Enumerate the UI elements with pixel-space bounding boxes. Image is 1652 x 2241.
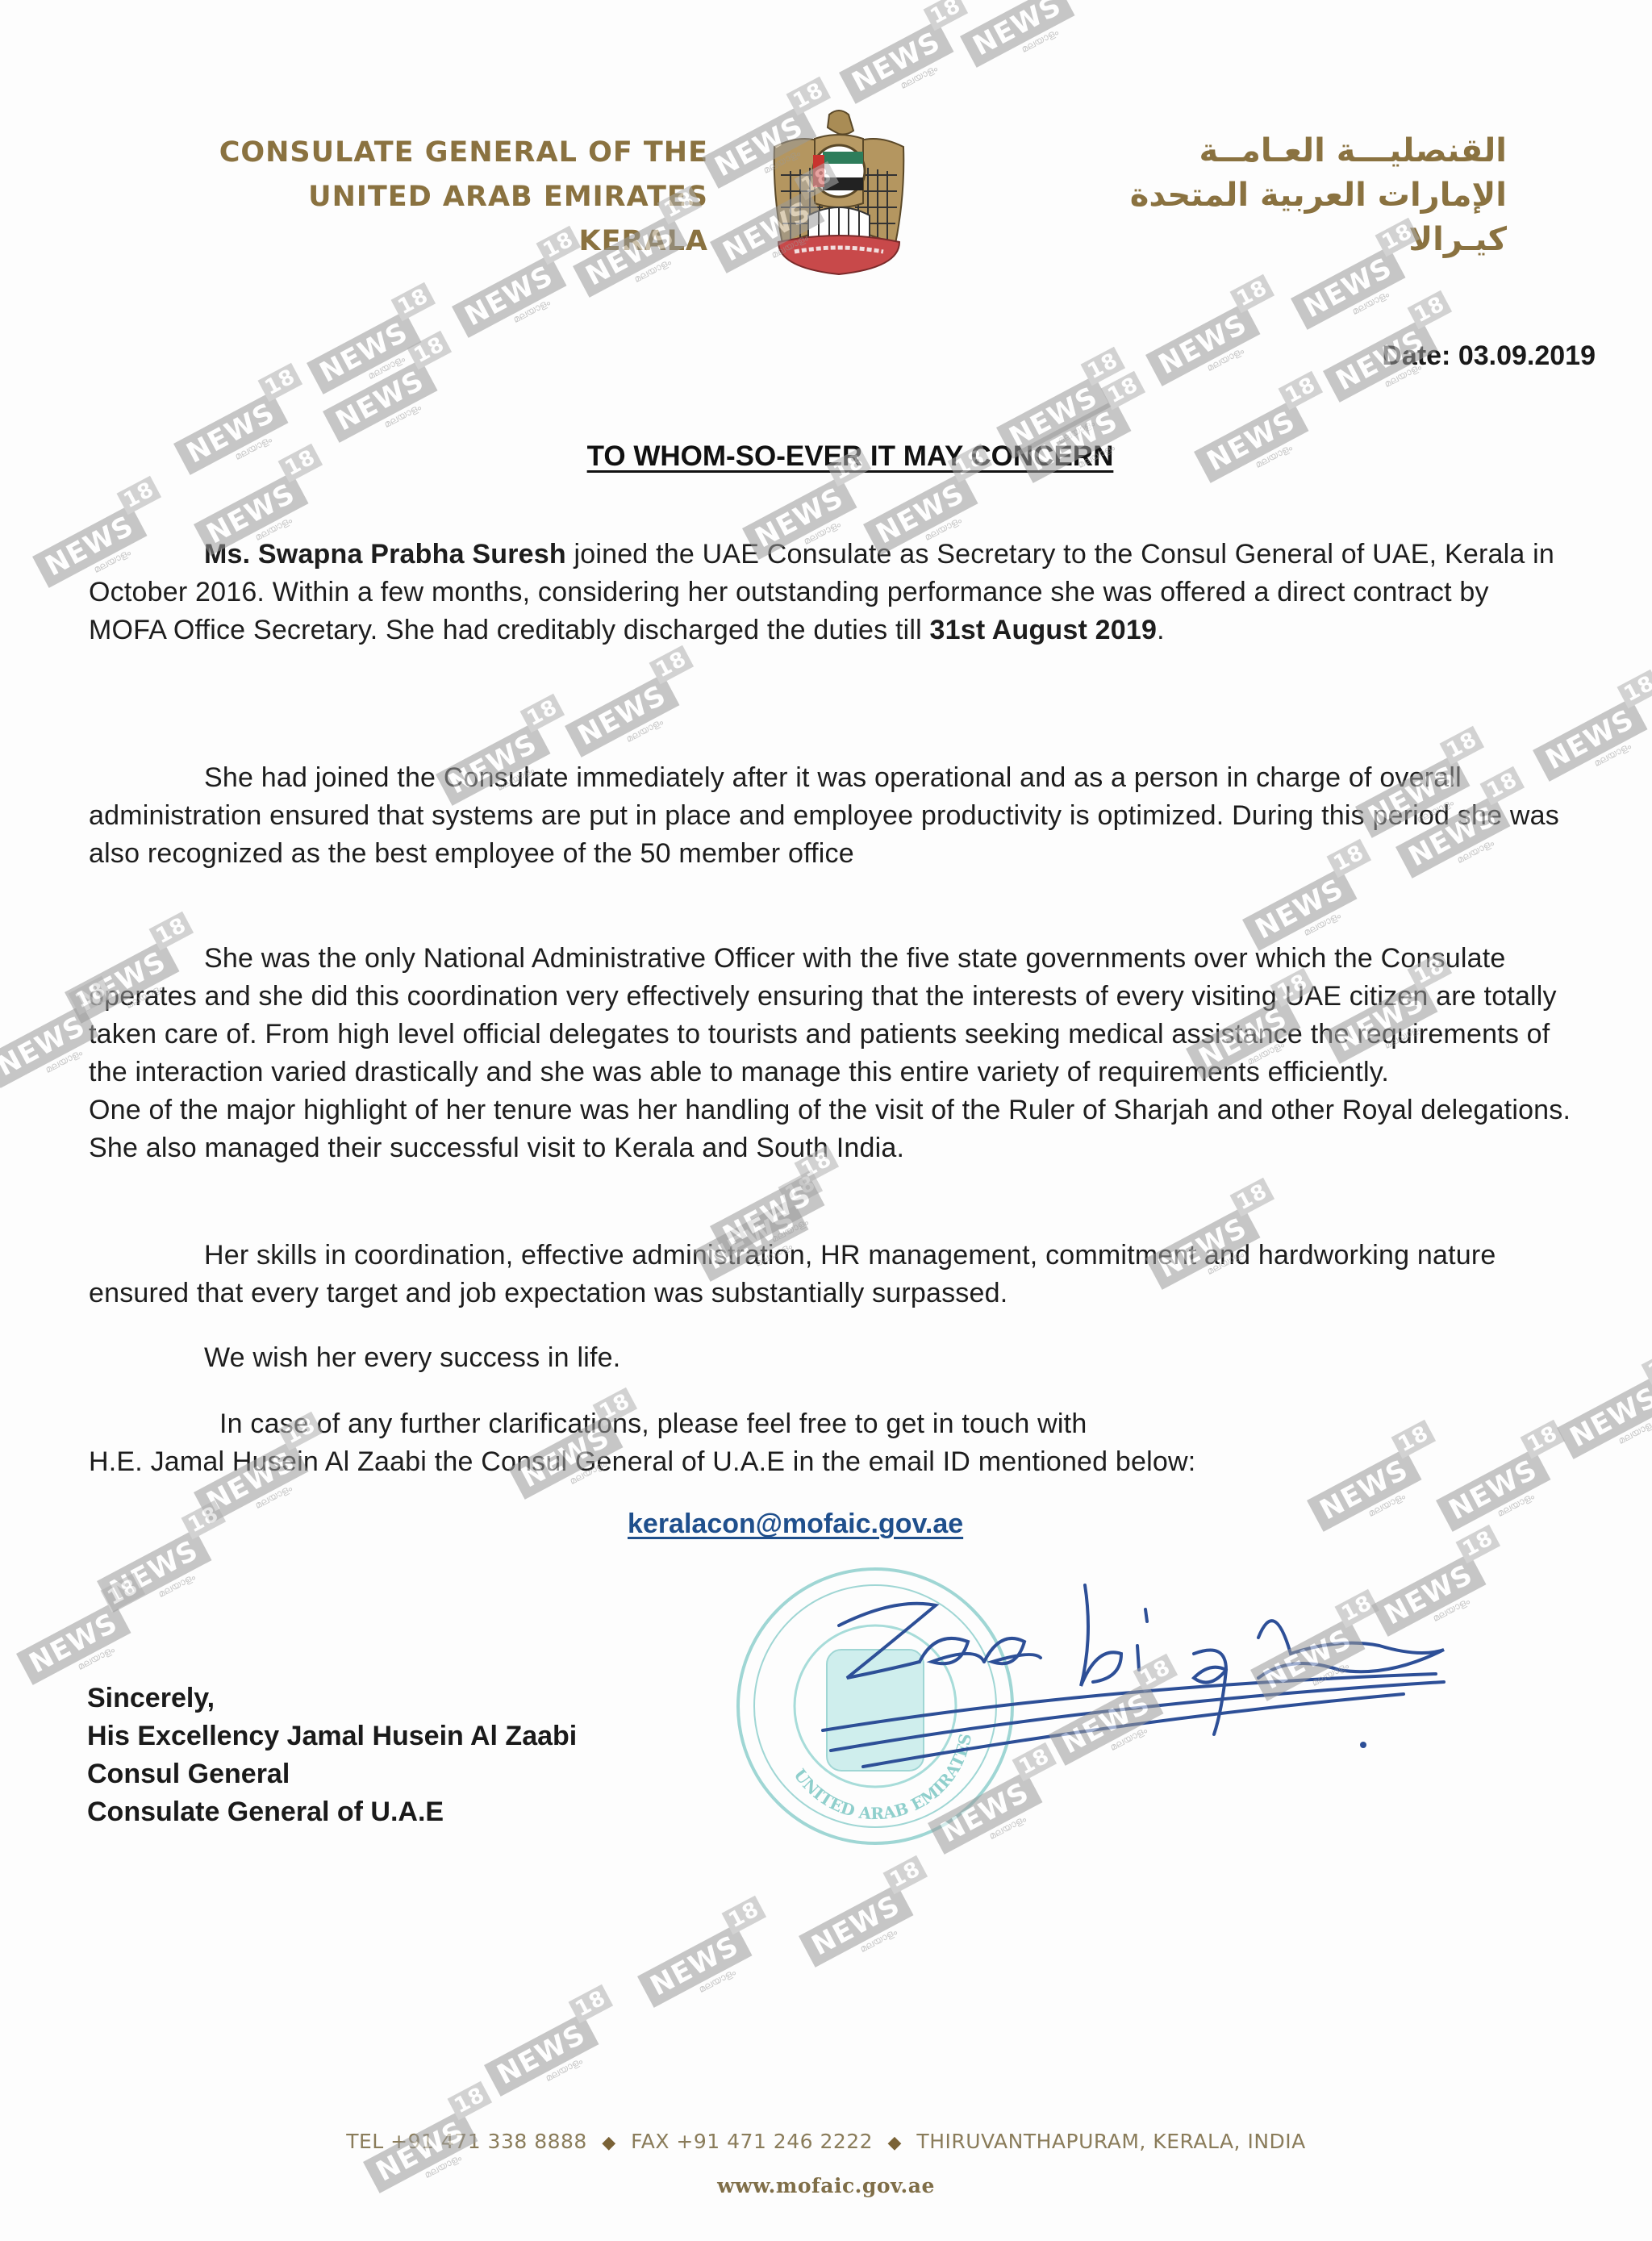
- footer-fax: FAX +91 471 246 2222: [631, 2130, 873, 2153]
- employee-name: Ms. Swapna Prabha Suresh: [204, 539, 566, 570]
- news18-watermark: NEWS18മലയാളം: [484, 2013, 604, 2107]
- diamond-icon: ◆: [880, 2133, 910, 2153]
- paragraph-6b-text: H.E. Jamal Husein Al Zaabi the Consul Ge…: [89, 1443, 1573, 1481]
- paragraph-4-text: Her skills in coordination, effective ad…: [89, 1237, 1573, 1312]
- news18-watermark: NEWS18മലയാളം: [97, 1529, 217, 1623]
- paragraph-5: We wish her every success in life.: [89, 1339, 1573, 1377]
- paragraph-3b-text: One of the major highlight of her tenure…: [89, 1091, 1573, 1167]
- closing-block: Sincerely, His Excellency Jamal Husein A…: [87, 1680, 577, 1831]
- paragraph-5-text: We wish her every success in life.: [89, 1339, 1573, 1377]
- footer-address: THIRUVANTHAPURAM, KERALA, INDIA: [916, 2130, 1305, 2153]
- contact-email-link[interactable]: keralacon@mofaic.gov.ae: [628, 1509, 963, 1540]
- paragraph-3: She was the only National Administrative…: [89, 940, 1573, 1167]
- uae-falcon-emblem-icon: [758, 106, 920, 280]
- letterhead-line-3: KERALA: [144, 219, 708, 264]
- end-date: 31st August 2019: [930, 615, 1158, 645]
- paragraph-6a-text: In case of any further clarifications, p…: [89, 1405, 1573, 1443]
- letterhead-english: CONSULATE GENERAL OF THE UNITED ARAB EMI…: [144, 131, 708, 264]
- letterhead-arabic: القنصليـــة العـامــة الإمارات العربية ا…: [958, 129, 1507, 262]
- signatory-position: Consul General: [87, 1755, 577, 1793]
- letter-title-text: TO WHOM-SO-EVER IT MAY CONCERN: [539, 440, 1114, 472]
- letter-title: TO WHOM-SO-EVER IT MAY CONCERN: [0, 440, 1652, 473]
- paragraph-6: In case of any further clarifications, p…: [89, 1405, 1573, 1481]
- signatory-name: His Excellency Jamal Husein Al Zaabi: [87, 1717, 577, 1755]
- letter-footer: TEL +91 471 338 8888 ◆ FAX +91 471 246 2…: [0, 2130, 1652, 2197]
- letterhead-arabic-line-2: الإمارات العربية المتحدة: [958, 173, 1507, 218]
- news18-watermark: NEWS18മലയാളം: [960, 0, 1080, 78]
- letterhead-line-2: UNITED ARAB EMIRATES: [144, 175, 708, 219]
- closing-salutation: Sincerely,: [87, 1680, 577, 1717]
- footer-tel: TEL +91 471 338 8888: [346, 2130, 587, 2153]
- letterhead-line-1: CONSULATE GENERAL OF THE: [144, 131, 708, 175]
- paragraph-4: Her skills in coordination, effective ad…: [89, 1237, 1573, 1312]
- signatory-office: Consulate General of U.A.E: [87, 1793, 577, 1831]
- paragraph-2-text: She had joined the Consulate immediately…: [89, 759, 1573, 873]
- letter-date: Date: 03.09.2019: [1382, 340, 1596, 372]
- news18-watermark: NEWS18മലയാളം: [565, 674, 685, 768]
- paragraph-3-text: She was the only National Administrative…: [89, 940, 1573, 1091]
- news18-watermark: NEWS18മലയാളം: [307, 311, 427, 405]
- footer-website[interactable]: www.mofaic.gov.ae: [0, 2174, 1652, 2197]
- paragraph-1: Ms. Swapna Prabha Suresh joined the UAE …: [89, 536, 1573, 649]
- news18-watermark: NEWS18മലയാളം: [799, 1884, 919, 1978]
- news18-watermark: NEWS18മലയാളം: [323, 359, 443, 453]
- footer-contact-row: TEL +91 471 338 8888 ◆ FAX +91 471 246 2…: [0, 2130, 1652, 2153]
- news18-watermark: NEWS18മലയാളം: [1145, 303, 1266, 397]
- letterhead-arabic-line-3: كيـرالا: [958, 218, 1507, 262]
- news18-watermark: NEWS18മലയാളം: [839, 20, 959, 115]
- diamond-icon: ◆: [594, 2133, 624, 2153]
- letterhead-arabic-line-1: القنصليـــة العـامــة: [958, 129, 1507, 173]
- paragraph-2: She had joined the Consulate immediately…: [89, 759, 1573, 873]
- letter-page: CONSULATE GENERAL OF THE UNITED ARAB EMI…: [0, 0, 1652, 2241]
- paragraph-1-text-b: .: [1157, 615, 1165, 645]
- news18-watermark: NEWS18മലയാളം: [637, 1924, 757, 2018]
- news18-watermark: NEWS18മലയാളം: [452, 254, 572, 348]
- signature-icon: [774, 1549, 1484, 1775]
